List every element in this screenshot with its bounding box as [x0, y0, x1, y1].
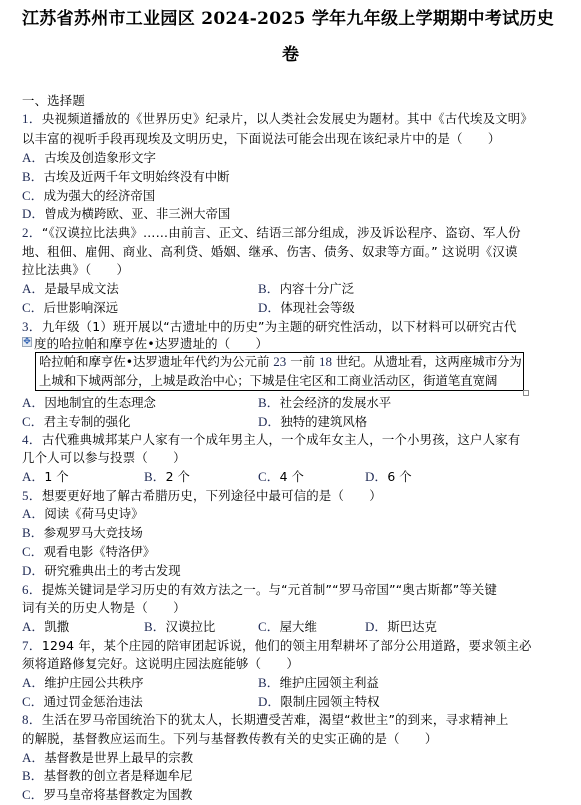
question-2-stem: 2．“《汉谟拉比法典》……由前言、正文、结语三部分组成，涉及诉讼程序、盗窃、军人… — [22, 223, 521, 242]
question-1-stem: 1．央视频道播放的《世界历史》纪录片，以人类社会发展史为题材。其中《古代埃及文明… — [22, 109, 533, 128]
q6-option-c: C．屋大维 — [258, 617, 317, 636]
question-8-stem-cont: 的解脱，基督教应运而生。下列与基督教传教有关的史实正确的是（ ） — [22, 729, 438, 748]
q6-option-b: B．汉谟拉比 — [144, 617, 215, 636]
table-resize-handle[interactable] — [523, 390, 529, 396]
question-3-stem-cont: 度的哈拉帕和摩亨佐•达罗遗址的（ ） — [34, 334, 268, 353]
q1-option-b: B．古埃及近两千年文明始终没有中断 — [22, 167, 230, 186]
question-2-stem-cont2: 拉比法典》（ ） — [22, 260, 129, 279]
q7-option-b: B．维护庄园领主利益 — [258, 673, 379, 692]
material-line-1: 哈拉帕和摩亨佐•达罗遗址年代约为公元前 23 一前 18 世纪。从遗址看，这两座… — [39, 353, 523, 372]
q4-option-c: C．4 个 — [258, 467, 304, 486]
q3-option-d: D．独特的建筑风格 — [258, 412, 367, 431]
section-heading: 一、选择题 — [22, 91, 85, 110]
q5-option-b: B．参观罗马大竞技场 — [22, 523, 143, 542]
q6-option-d: D．斯巴达克 — [365, 617, 437, 636]
table-move-handle-icon[interactable]: ✥ — [22, 337, 32, 347]
q6-option-a: A．凯撒 — [22, 617, 69, 636]
q2-option-a: A．是最早成文法 — [22, 279, 119, 298]
material-box: 哈拉帕和摩亨佐•达罗遗址年代约为公元前 23 一前 18 世纪。从遗址看，这两座… — [35, 352, 524, 391]
q4-option-b: B．2 个 — [144, 467, 190, 486]
question-4-stem: 4．古代雅典城邦某户人家有一个成年男主人，一个成年女主人，一个小男孩，这户人家有 — [22, 430, 520, 449]
q4-option-d: D．6 个 — [365, 467, 412, 486]
q1-option-a: A．古埃及创造象形文字 — [22, 148, 156, 167]
question-2-stem-cont: 地、租佃、雇佣、商业、高利贷、婚姻、继承、伤害、债务、奴隶等方面。” 这说明《汉… — [22, 242, 518, 261]
q8-option-a: A．基督教是世界上最早的宗教 — [22, 748, 193, 767]
question-8-stem: 8．生活在罗马帝国统治下的犹太人，长期遭受苦难，渴望“救世主”的到来，寻求精神上 — [22, 710, 508, 729]
q4-option-a: A．1 个 — [22, 467, 69, 486]
q1-option-d: D．曾成为横跨欧、亚、非三洲大帝国 — [22, 204, 230, 223]
q5-option-d: D．研究雅典出土的考古发现 — [22, 561, 181, 580]
question-6-stem: 6．提炼关键词是学习历史的有效方法之一。与“元首制”“罗马帝国”“奥古斯都”等关… — [22, 580, 497, 599]
q2-option-d: D．体现社会等级 — [258, 298, 355, 317]
question-7-stem: 7．1294 年，某个庄园的陪审团起诉说，他们的领主用犁耕坏了部分公用道路，要求… — [22, 636, 532, 655]
question-4-stem-cont: 几个人可以参与投票（ ） — [22, 448, 186, 467]
q7-option-c: C．通过罚金惩治违法 — [22, 692, 143, 711]
q2-option-c: C．后世影响深远 — [22, 298, 118, 317]
q5-option-a: A．阅读《荷马史诗》 — [22, 504, 144, 523]
question-6-stem-cont: 词有关的历史人物是（ ） — [22, 598, 186, 617]
q3-option-a: A．因地制宜的生态理念 — [22, 393, 156, 412]
q8-option-b: B．基督教的创立者是释迦牟尼 — [22, 766, 192, 785]
q7-option-d: D．限制庄园领主特权 — [258, 692, 380, 711]
q3-option-c: C．君主专制的强化 — [22, 412, 130, 431]
question-7-stem-cont: 须将道路修复完好。这说明庄园法庭能够（ ） — [22, 654, 299, 673]
q3-option-b: B．社会经济的发展水平 — [258, 393, 391, 412]
question-5-stem: 5．想要更好地了解古希腊历史，下列途径中最可信的是（ ） — [22, 486, 382, 505]
question-1-stem-cont: 以丰富的视听手段再现埃及文明历史，下面说法可能会出现在该纪录片中的是（ ） — [22, 129, 500, 148]
document-title: 江苏省苏州市工业园区 2024-2025 学年九年级上学期期中考试历史 — [22, 4, 562, 34]
q7-option-a: A．维护庄园公共秩序 — [22, 673, 144, 692]
q5-option-c: C．观看电影《特洛伊》 — [22, 542, 155, 561]
document-title-continued: 卷 — [0, 40, 581, 70]
q1-option-c: C．成为强大的经济帝国 — [22, 186, 155, 205]
q8-option-c: C．罗马皇帝将基督教定为国教 — [22, 785, 192, 804]
q2-option-b: B．内容十分广泛 — [258, 279, 354, 298]
material-line-2: 上城和下城两部分，上城是政治中心；下城是住宅区和工商业活动区，街道笔直宽阔 — [39, 372, 523, 391]
